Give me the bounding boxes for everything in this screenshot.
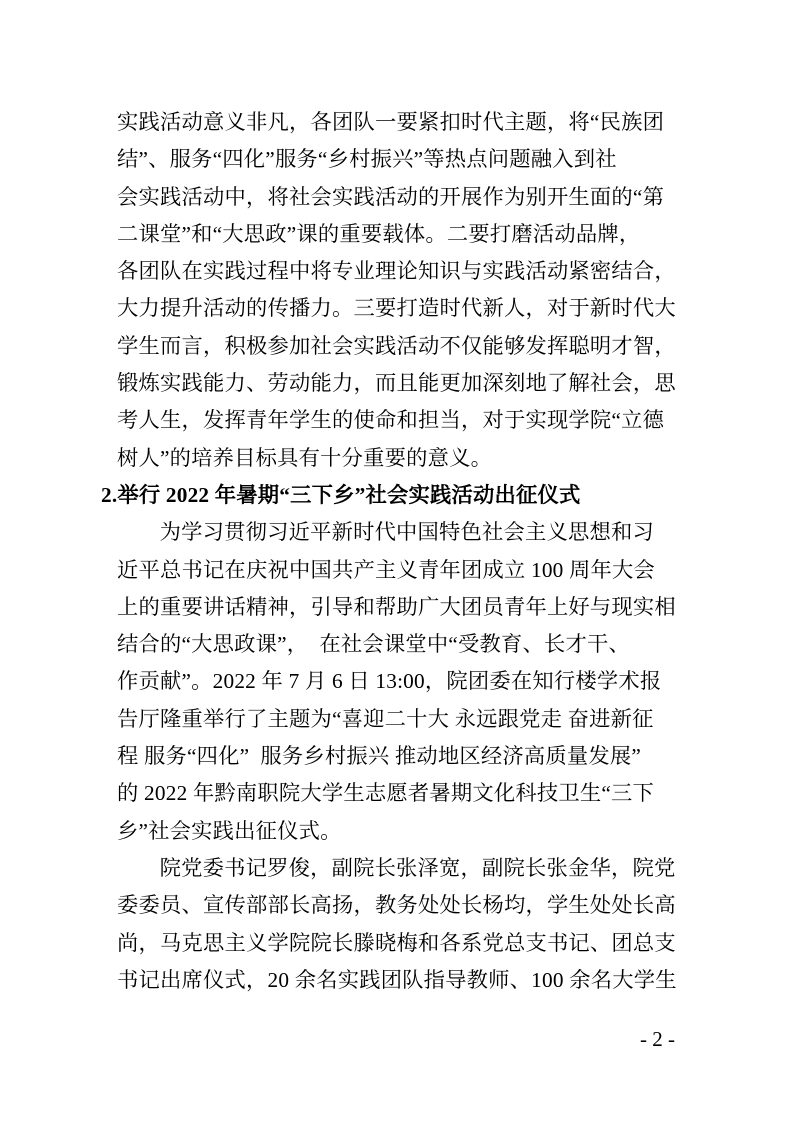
paragraph-launch-ceremony: 为学习贯彻习近平新时代中国特色社会主义思想和习近平总书记在庆祝中国共产主义青年团… [117, 514, 675, 850]
text-line: 结合的“大思政课”， 在社会课堂中“受教育、长才干、 [117, 626, 675, 663]
document-page: 实践活动意义非凡，各团队一要紧扣时代主题，将“民族团结”、服务“四化”服务“乡村… [0, 0, 793, 1122]
page-number: - 2 - [640, 1028, 674, 1050]
text-line: 委委员、宣传部部长高扬，教务处处长杨均，学生处处长高 [117, 887, 675, 924]
section-heading-text: 2.举行 2022 年暑期“三下乡”社会实践活动出征仪式 [101, 477, 675, 514]
text-line: 上的重要讲话精神，引导和帮助广大团员青年上好与现实相 [117, 589, 675, 626]
text-line: 锻炼实践能力、劳动能力，而且能更加深刻地了解社会，思 [117, 365, 675, 402]
paragraph-significance: 实践活动意义非凡，各团队一要紧扣时代主题，将“民族团结”、服务“四化”服务“乡村… [117, 104, 675, 477]
text-line: 乡”社会实践出征仪式。 [117, 813, 675, 850]
text-line: 各团队在实践过程中将专业理论知识与实践活动紧密结合， [117, 253, 675, 290]
text-line: 会实践活动中，将社会实践活动的开展作为别开生面的“第 [117, 179, 675, 216]
text-line: 树人”的培养目标具有十分重要的意义。 [117, 440, 675, 477]
text-line: 近平总书记在庆祝中国共产主义青年团成立 100 周年大会 [117, 552, 675, 589]
section-heading: 2.举行 2022 年暑期“三下乡”社会实践活动出征仪式 [117, 477, 675, 514]
text-line: 学生而言，积极参加社会实践活动不仅能够发挥聪明才智， [117, 328, 675, 365]
text-line: 书记出席仪式，20 余名实践团队指导教师、100 余名大学生 [117, 962, 675, 999]
text-line: 尚，马克思主义学院院长滕晓梅和各系党总支书记、团总支 [117, 925, 675, 962]
text-line: 考人生，发挥青年学生的使命和担当，对于实现学院“立德 [117, 402, 675, 439]
text-line: 大力提升活动的传播力。三要打造时代新人，对于新时代大 [117, 290, 675, 327]
text-line: 作贡献”。2022 年 7 月 6 日 13:00，院团委在知行楼学术报 [117, 663, 675, 700]
text-line: 院党委书记罗俊，副院长张泽宽，副院长张金华，院党 [117, 850, 675, 887]
text-line: 二课堂”和“大思政”课的重要载体。二要打磨活动品牌， [117, 216, 675, 253]
text-line: 程 服务“四化” 服务乡村振兴 推动地区经济高质量发展” [117, 738, 675, 775]
paragraph-attendees: 院党委书记罗俊，副院长张泽宽，副院长张金华，院党委委员、宣传部部长高扬，教务处处… [117, 850, 675, 999]
text-line: 告厅隆重举行了主题为“喜迎二十大 永远跟党走 奋进新征 [117, 701, 675, 738]
text-line: 的 2022 年黔南职院大学生志愿者暑期文化科技卫生“三下 [117, 775, 675, 812]
text-line: 结”、服务“四化”服务“乡村振兴”等热点问题融入到社 [117, 141, 675, 178]
text-line: 为学习贯彻习近平新时代中国特色社会主义思想和习 [117, 514, 675, 551]
text-line: 实践活动意义非凡，各团队一要紧扣时代主题，将“民族团 [117, 104, 675, 141]
text-content: 实践活动意义非凡，各团队一要紧扣时代主题，将“民族团结”、服务“四化”服务“乡村… [117, 104, 675, 999]
